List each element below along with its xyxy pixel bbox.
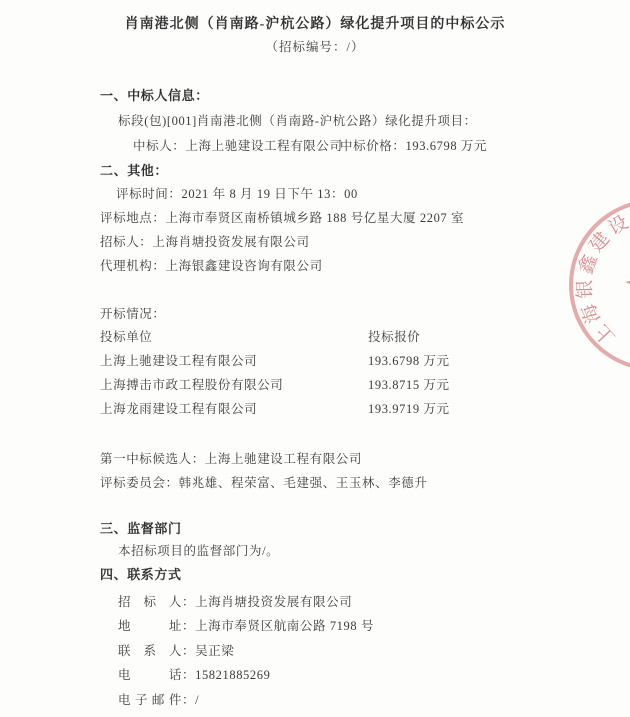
star-icon (621, 250, 630, 315)
eval-time-line: 评标时间：2021 年 8 月 19 日下午 13：00 (116, 184, 358, 202)
contact-label: 联系人 (118, 641, 182, 659)
bid-opening-heading: 开标情况： (100, 304, 166, 322)
contact-value: 15821885269 (195, 668, 270, 682)
contact-colon: ： (182, 644, 195, 658)
contact-colon: ： (182, 693, 195, 707)
document-page: 肖南港北侧（肖南路-沪杭公路）绿化提升项目的中标公示 （招标编号：/） 一、中标… (0, 0, 630, 717)
contact-tenderer-line: 招标人：上海肖塘投资发展有限公司 (118, 592, 352, 610)
winner-line: 中标人：上海上驰建设工程有限公司 (133, 136, 343, 154)
seal-company-text: 上海银鑫建设咨询有限公司 (558, 189, 630, 353)
contact-value: / (195, 693, 199, 707)
winner-label: 中标人： (133, 139, 185, 153)
contact-label: 电话 (118, 665, 182, 683)
seal-group: 上海银鑫建设咨询有限公司 (555, 185, 630, 384)
package-line: 标段(包)[001]肖南港北侧（肖南路-沪杭公路）绿化提升项目： (118, 111, 477, 129)
contact-label: 地址 (118, 616, 182, 634)
contact-value: 上海市奉贤区航南公路 7198 号 (195, 619, 374, 633)
seal-text: 上海银鑫建设咨询有限公司 (558, 189, 630, 353)
contact-colon: ： (182, 595, 195, 609)
section3-heading: 三、监督部门 (100, 518, 182, 537)
price-label: 中标价格： (340, 139, 406, 153)
bid-price: 193.9719 万元 (368, 399, 450, 417)
bid-price: 193.8715 万元 (368, 375, 450, 393)
first-candidate-line: 第一中标候选人：上海上驰建设工程有限公司 (100, 449, 362, 467)
contact-value: 吴正梁 (195, 644, 234, 658)
contact-value: 上海肖塘投资发展有限公司 (195, 595, 352, 609)
contact-address-line: 地址：上海市奉贤区航南公路 7198 号 (118, 616, 374, 634)
agency-line: 代理机构：上海银鑫建设咨询有限公司 (100, 256, 323, 274)
section4-heading: 四、联系方式 (100, 564, 182, 583)
bidder-name: 上海搏击市政工程股份有限公司 (100, 375, 283, 393)
price-line: 中标价格：193.6798 万元 (340, 136, 487, 154)
winner-name: 上海上驰建设工程有限公司 (185, 139, 342, 153)
eval-place-line: 评标地点：上海市奉贤区南桥镇城乡路 188 号亿星大厦 2207 室 (100, 208, 464, 226)
tender-number-subtitle: （招标编号：/） (0, 37, 630, 55)
supervision-body: 本招标项目的监督部门为/。 (118, 541, 279, 559)
contact-label: 电子邮件 (118, 690, 182, 708)
company-seal: 上海银鑫建设咨询有限公司 (545, 175, 630, 395)
committee-line: 评标委员会：韩兆雄、程荣富、毛建强、王玉林、李德升 (100, 473, 428, 491)
bidder-name: 上海龙雨建设工程有限公司 (100, 399, 257, 417)
price-value: 193.6798 万元 (406, 139, 488, 153)
col-header-price: 投标报价 (368, 327, 420, 345)
section2-heading: 二、其他： (100, 160, 168, 179)
contact-colon: ： (182, 619, 195, 633)
contact-label: 招标人 (118, 592, 182, 610)
section1-heading: 一、中标人信息： (100, 85, 209, 104)
contact-person-line: 联系人：吴正梁 (118, 641, 234, 659)
col-header-unit: 投标单位 (100, 327, 152, 345)
tenderer-line: 招标人：上海肖塘投资发展有限公司 (100, 232, 310, 250)
contact-colon: ： (182, 668, 195, 682)
contact-email-line: 电子邮件：/ (118, 690, 199, 708)
contact-phone-line: 电话：15821885269 (118, 665, 270, 683)
bid-price: 193.6798 万元 (368, 351, 450, 369)
page-title: 肖南港北侧（肖南路-沪杭公路）绿化提升项目的中标公示 (0, 13, 630, 33)
bidder-name: 上海上驰建设工程有限公司 (100, 351, 257, 369)
